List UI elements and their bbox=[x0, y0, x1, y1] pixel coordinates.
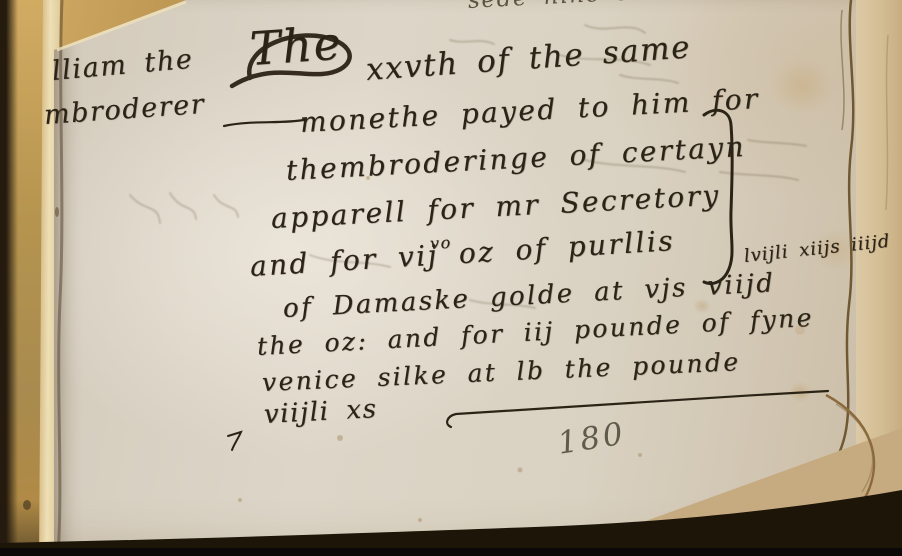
interlinear-insertion: vo bbox=[430, 233, 453, 253]
entry-line: viijli xs bbox=[263, 394, 378, 430]
manuscript-photo: lliam the mbroderer sede hine somz The x… bbox=[0, 0, 902, 556]
entry-heading-initial: The bbox=[248, 16, 344, 76]
